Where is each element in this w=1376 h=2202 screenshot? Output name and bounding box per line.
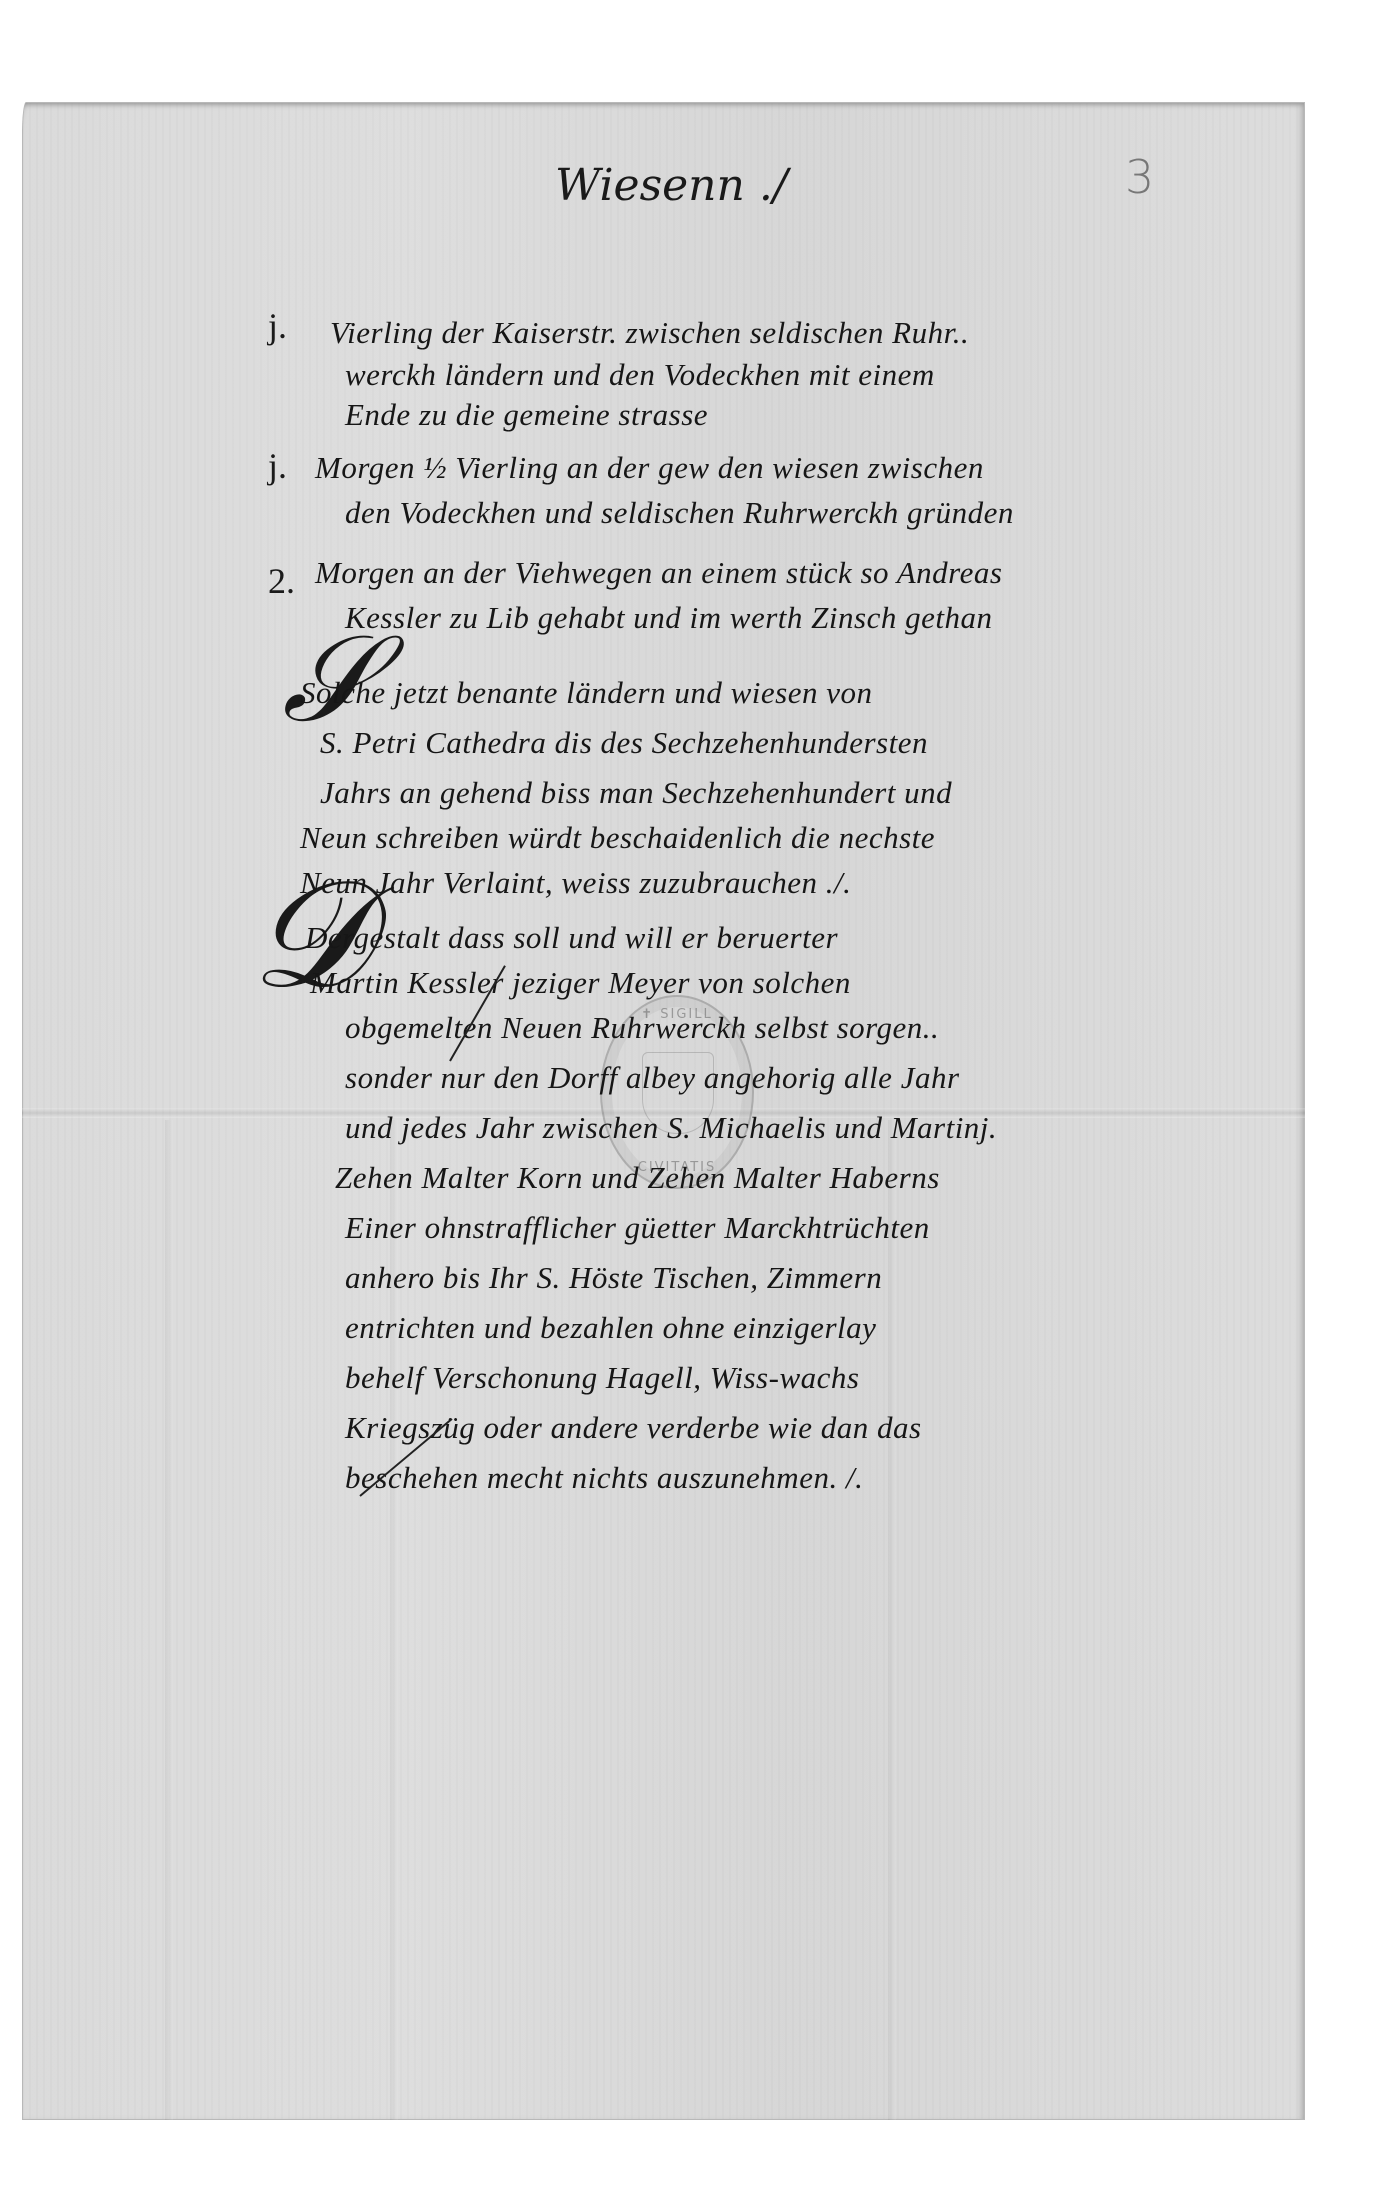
- manuscript-line: anhero bis Ihr S. Höste Tischen, Zimmern: [345, 1260, 882, 1296]
- manuscript-line: und jedes Jahr zwischen S. Michaelis und…: [345, 1110, 997, 1146]
- manuscript-line: Neun Jahr Verlaint, weiss zuzubrauchen .…: [300, 865, 851, 901]
- manuscript-line: den Vodeckhen und seldischen Ruhrwerckh …: [345, 495, 1014, 531]
- margin-number: j.: [268, 445, 287, 487]
- manuscript-line: Martin Kessler jeziger Meyer von solchen: [310, 965, 851, 1001]
- manuscript-line: werckh ländern und den Vodeckhen mit ein…: [345, 357, 935, 393]
- manuscript-line: Jahrs an gehend biss man Sechzehenhunder…: [320, 775, 952, 811]
- manuscript-line: entrichten und bezahlen ohne einzigerlay: [345, 1310, 876, 1346]
- manuscript-line: sonder nur den Dorff albey angehorig all…: [345, 1060, 960, 1096]
- vertical-crease: [165, 1120, 173, 2120]
- margin-number: j.: [268, 305, 287, 347]
- manuscript-line: S. Petri Cathedra dis des Sechzehenhunde…: [320, 725, 928, 761]
- margin-number: 2.: [268, 560, 295, 602]
- manuscript-line: Kriegszüg oder andere verderbe wie dan d…: [345, 1410, 922, 1446]
- vertical-crease: [888, 1120, 896, 2120]
- page-heading: Wiesenn ./: [555, 160, 788, 211]
- manuscript-line: Kessler zu Lib gehabt und im werth Zinsc…: [345, 600, 992, 636]
- manuscript-line: behelf Verschonung Hagell, Wiss-wachs: [345, 1360, 859, 1396]
- manuscript-line: Dergestalt dass soll und will er beruert…: [305, 920, 838, 956]
- manuscript-line: Morgen an der Viehwegen an einem stück s…: [315, 555, 1002, 591]
- manuscript-line: Ende zu die gemeine strasse: [345, 397, 708, 433]
- manuscript-line: Neun schreiben würdt beschaidenlich die …: [300, 820, 935, 856]
- heading-text: Wiesenn ./: [555, 160, 788, 211]
- manuscript-line: beschehen mecht nichts auszunehmen. /.: [345, 1460, 863, 1496]
- manuscript-line: Zehen Malter Korn und Zehen Malter Haber…: [335, 1160, 940, 1196]
- manuscript-line: Einer ohnstrafflicher güetter Marckhtrüc…: [345, 1210, 930, 1246]
- manuscript-line: Vierling der Kaiserstr. zwischen seldisc…: [330, 315, 969, 351]
- page-number: 3: [1125, 150, 1154, 204]
- manuscript-line: Solche jetzt benante ländern und wiesen …: [300, 675, 873, 711]
- manuscript-line: Morgen ½ Vierling an der gew den wiesen …: [315, 450, 984, 486]
- manuscript-line: obgemelten Neuen Ruhrwerckh selbst sorge…: [345, 1010, 939, 1046]
